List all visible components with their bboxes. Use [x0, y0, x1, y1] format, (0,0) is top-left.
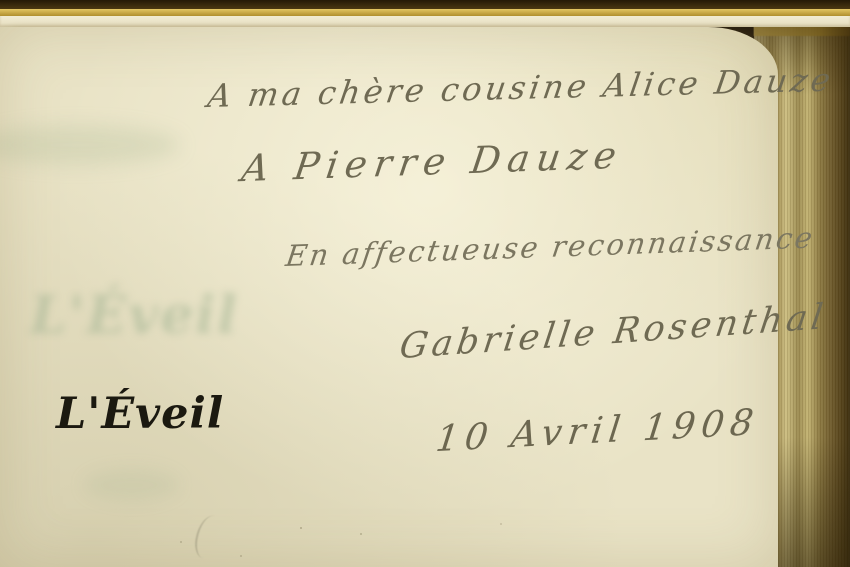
- book-photo: L'Éveil L'Éveil A ma chère cousine Alice…: [0, 0, 850, 567]
- signature: Gabrielle Rosenthal: [397, 297, 829, 367]
- book-cover-top-edge: [0, 0, 850, 9]
- dedication-line-1: A ma chère cousine Alice Dauze: [205, 61, 836, 116]
- gilt-line-top: [0, 9, 850, 16]
- ink-show-through-smudge-top: [0, 125, 180, 165]
- dedication-line-2: A Pierre Dauze: [239, 134, 626, 191]
- page-top-edges: [0, 16, 850, 27]
- paper-specks: [300, 527, 302, 529]
- ink-show-through-smudge-bottom: [84, 469, 179, 501]
- dedication-date: 10 Avril 1908: [433, 402, 761, 460]
- book-page: L'Éveil L'Éveil A ma chère cousine Alice…: [0, 27, 778, 567]
- show-through-title: L'Éveil: [30, 285, 239, 346]
- dedication-closing: En affectueuse reconnaissance: [284, 220, 817, 273]
- crease-mark: [193, 513, 226, 561]
- printed-title: L'Éveil: [56, 389, 224, 439]
